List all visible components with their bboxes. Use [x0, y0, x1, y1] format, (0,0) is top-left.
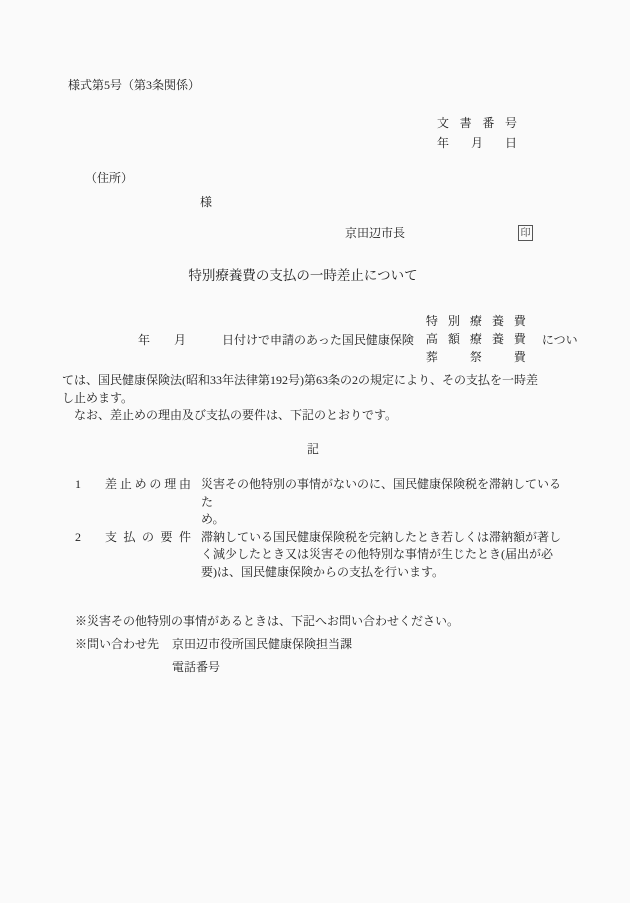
- benefit-option-special: 特別療養費: [426, 312, 526, 330]
- document-page: 様式第5号（第3条関係） 文書番号 年月日 （住所） 様 京田辺市長 印 特別療…: [0, 0, 630, 903]
- apply-sentence-prefix: 年 月 日付けで申請のあった国民健康保険: [138, 331, 414, 348]
- doc-number-label: 文書番号: [437, 113, 517, 133]
- body-paragraph: ては、国民健康保険法(昭和33年法律第192号)第63条の2の規定により、その支…: [62, 372, 562, 425]
- benefit-options: 特別療養費 高額療養費 葬祭費: [426, 312, 526, 366]
- item-text-payment-condition: 滞納している国民健康保険税を完納したとき若しくは滞納額が著し く減少したとき又は…: [201, 529, 561, 582]
- doc-header: 文書番号 年月日: [437, 113, 517, 153]
- form-number: 様式第5号（第3条関係）: [68, 76, 200, 93]
- item-label-reason: 差止めの理由: [105, 476, 191, 529]
- footnotes: ※災害その他特別の事情があるときは、下記へお問い合わせください。 ※問い合わせ先…: [75, 610, 459, 679]
- apply-sentence: 年 月 日付けで申請のあった国民健康保険 特別療養費 高額療養費 葬祭費 につい: [62, 312, 578, 366]
- item-number: 2: [75, 529, 95, 582]
- ki-section-heading: 記: [0, 440, 626, 457]
- sender-mayor: 京田辺市長: [345, 224, 405, 241]
- apply-sentence-suffix: につい: [542, 331, 578, 348]
- remarks-list: 1 差止めの理由 災害その他特別の事情がないのに、国民健康保険税を滞納しているた…: [75, 476, 561, 581]
- seal-stamp-icon: 印: [518, 225, 533, 241]
- contact-row: ※問い合わせ先京田辺市役所国民健康保険担当課: [75, 633, 459, 656]
- disaster-note: ※災害その他特別の事情があるときは、下記へお問い合わせください。: [75, 610, 459, 633]
- date-placeholder: 年月日: [437, 133, 517, 153]
- contact-office: 京田辺市役所国民健康保険担当課: [172, 637, 352, 651]
- item-text-reason: 災害その他特別の事情がないのに、国民健康保険税を滞納しているた め。: [201, 476, 561, 529]
- contact-label: ※問い合わせ先: [75, 637, 159, 651]
- item-number: 1: [75, 476, 95, 529]
- honorific-sama: 様: [200, 193, 212, 210]
- page-title: 特別療養費の支払の一時差止について: [0, 264, 606, 284]
- benefit-option-funeral: 葬祭費: [426, 348, 526, 366]
- phone-label: 電話番号: [75, 656, 459, 679]
- benefit-option-high-cost: 高額療養費: [426, 330, 526, 348]
- item-label-payment-condition: 支払の要件: [105, 529, 191, 582]
- address-label: （住所）: [85, 169, 133, 186]
